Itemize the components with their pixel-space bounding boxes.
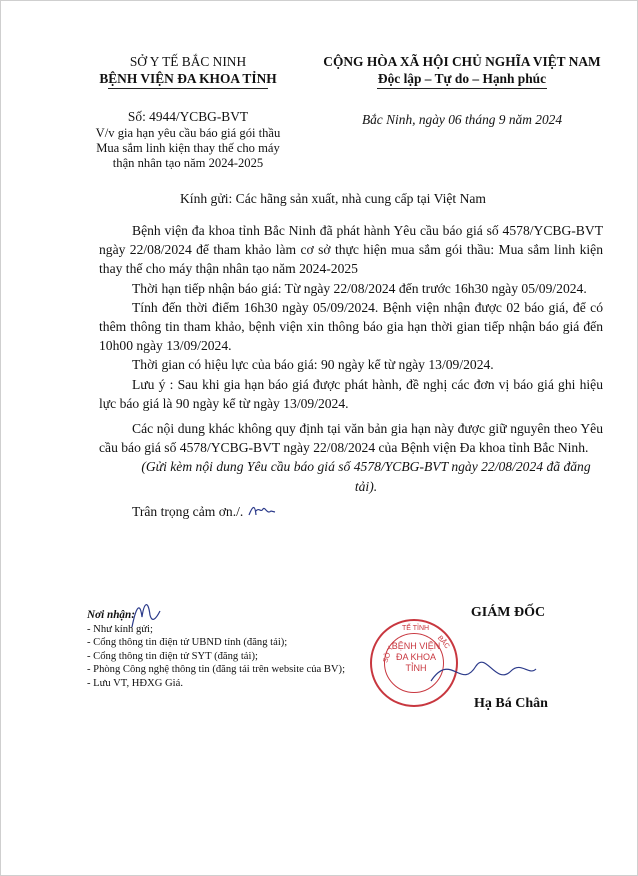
closing-text: Trân trọng cảm ơn./. — [132, 504, 243, 519]
body-paragraph: Lưu ý : Sau khi gia hạn báo giá được phá… — [99, 375, 603, 413]
nation-title: CỘNG HÒA XÃ HỘI CHỦ NGHĨA VIỆT NAM — [307, 53, 617, 70]
addressee: Kính gửi: Các hãng sản xuất, nhà cung cấ… — [63, 191, 603, 207]
body-paragraph: Bệnh viện đa khoa tỉnh Bắc Ninh đã phát … — [99, 221, 603, 279]
seal-ring-text: TẾ TỈNH — [402, 625, 429, 632]
issuing-authority-block: SỞ Y TẾ BẮC NINH BỆNH VIỆN ĐA KHOA TỈNH — [63, 53, 313, 89]
initials-mark-icon — [126, 597, 166, 633]
signer-name: Hạ Bá Chân — [441, 696, 581, 712]
document-subject: V/v gia hạn yêu cầu báo giá gói thầu Mua… — [63, 126, 313, 171]
recipient-item: - Cổng thông tin điện tử UBND tỉnh (đăng… — [87, 636, 387, 650]
place-date: Bắc Ninh, ngày 06 tháng 9 năm 2024 — [307, 111, 617, 128]
attachment-note: (Gửi kèm nội dung Yêu cầu báo giá số 457… — [99, 457, 603, 495]
initials-signature-icon — [247, 503, 277, 519]
closing-line: Trân trọng cảm ơn./. — [99, 502, 603, 521]
body-paragraph: Tính đến thời điểm 16h30 ngày 05/09/2024… — [99, 298, 603, 356]
subject-line: Mua sắm linh kiện thay thế cho máy — [63, 141, 313, 156]
recipient-item: - Lưu VT, HĐXG Giá. — [87, 677, 387, 691]
motto-underline — [377, 88, 547, 89]
organization-name: BỆNH VIỆN ĐA KHOA TỈNH — [63, 70, 313, 87]
agency-name: SỞ Y TẾ BẮC NINH — [63, 53, 313, 70]
recipient-item: - Cổng thông tin điện tử SYT (đăng tải); — [87, 650, 387, 664]
document-body: Bệnh viện đa khoa tỉnh Bắc Ninh đã phát … — [99, 221, 603, 521]
body-paragraph: Thời gian có hiệu lực của báo giá: 90 ng… — [99, 355, 603, 374]
subject-line: V/v gia hạn yêu cầu báo giá gói thầu — [63, 126, 313, 141]
org-underline — [108, 88, 268, 89]
recipient-item: - Phòng Công nghệ thông tin (đăng tải tr… — [87, 663, 387, 677]
document-number: Số: 4944/YCBG-BVT — [63, 108, 313, 125]
handwritten-signature-icon — [421, 641, 541, 701]
document-page: SỞ Y TẾ BẮC NINH BỆNH VIỆN ĐA KHOA TỈNH … — [0, 0, 638, 876]
national-header-block: CỘNG HÒA XÃ HỘI CHỦ NGHĨA VIỆT NAM Độc l… — [307, 53, 617, 89]
signer-title: GIÁM ĐỐC — [443, 605, 573, 621]
body-paragraph: Thời hạn tiếp nhận báo giá: Từ ngày 22/0… — [99, 279, 603, 298]
body-paragraph: Các nội dung khác không quy định tại văn… — [99, 419, 603, 457]
national-motto: Độc lập – Tự do – Hạnh phúc — [307, 70, 617, 87]
subject-line: thận nhân tạo năm 2024-2025 — [63, 156, 313, 171]
